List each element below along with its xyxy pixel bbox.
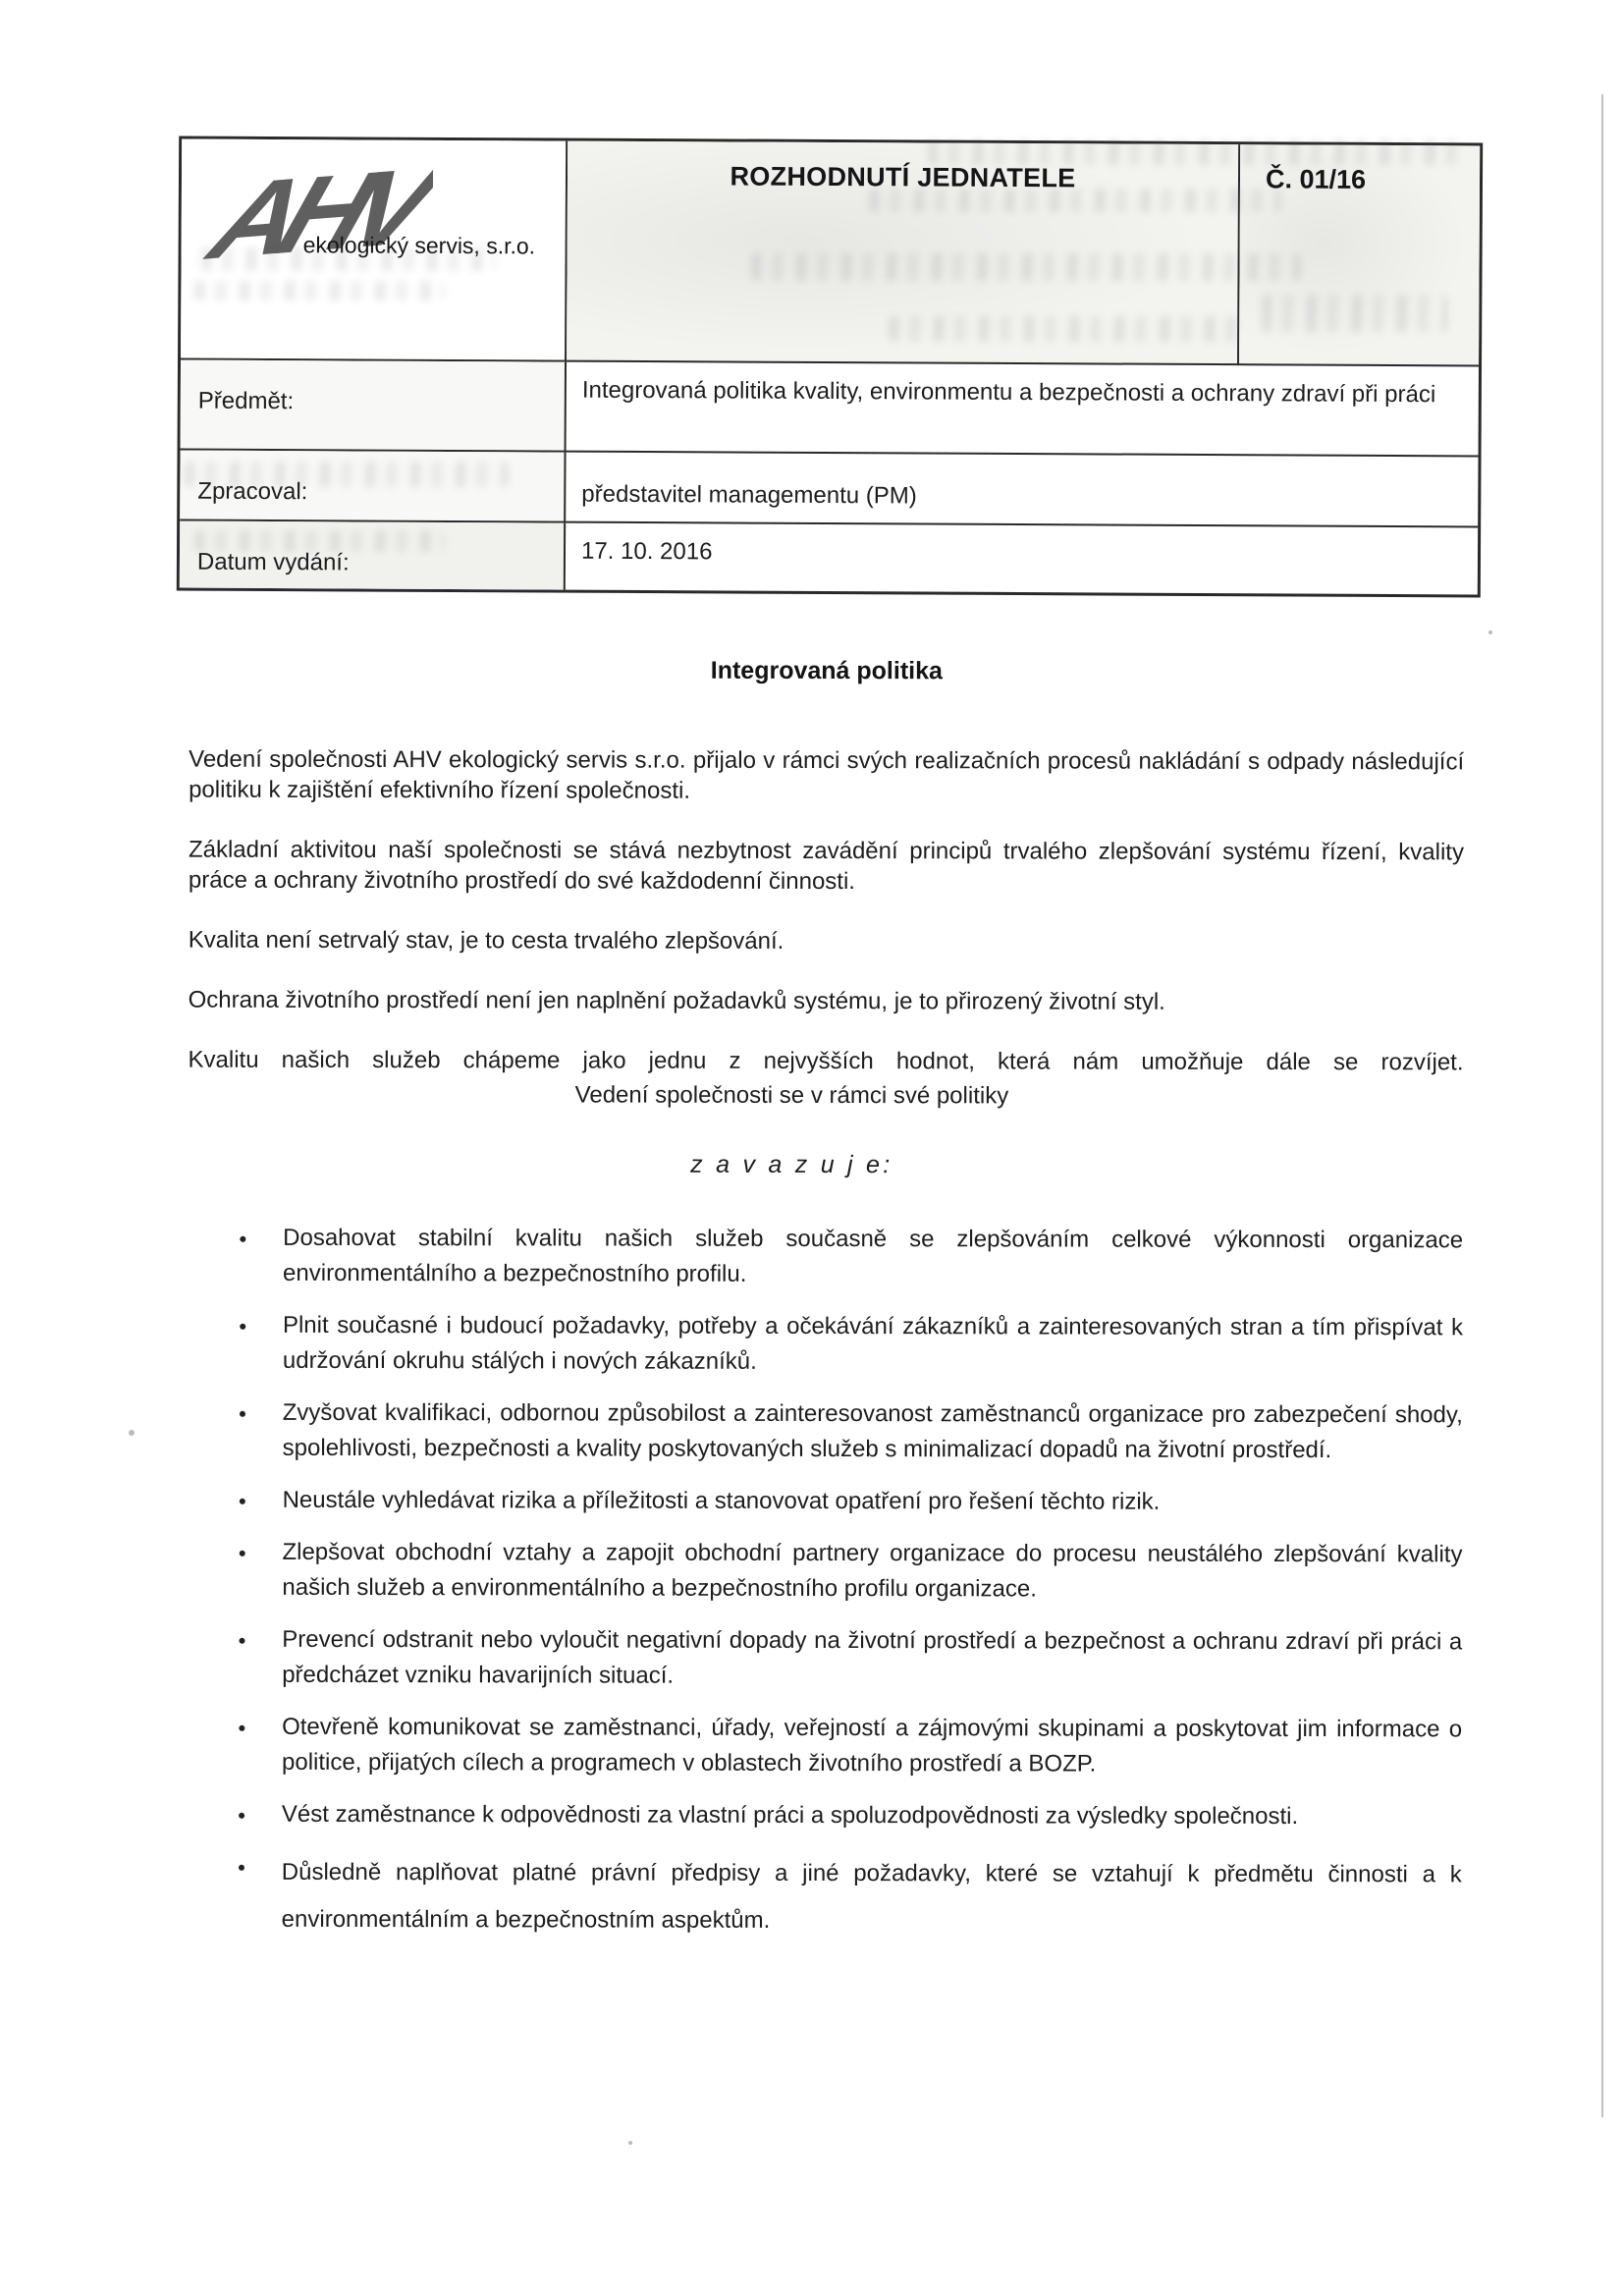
list-item: ●Otevřeně komunikovat se zaměstnanci, úř… [187,1710,1462,1783]
paragraph: Ochrana životního prostředí není jen nap… [189,985,1464,1018]
list-item: ●Zvyšovat kvalifikaci, odbornou způsobil… [188,1395,1463,1469]
list-item: ●Plnit současné i budoucí požadavky, pot… [188,1308,1463,1382]
bullet-text: Vést zaměstnance k odpovědnosti za vlast… [282,1797,1462,1835]
section-title: Integrovaná politika [189,655,1464,688]
bullet-icon: ● [239,1483,283,1518]
scan-speck [1488,630,1492,634]
bullet-text: Otevřeně komunikovat se zaměstnanci, úřa… [282,1710,1462,1783]
row-value-datum: 17. 10. 2016 [566,523,1478,595]
row-value-predmet: Integrovaná politika kvality, environmen… [567,362,1479,458]
paragraph: Kvalita není setrvalý stav, je to cesta … [189,925,1464,958]
list-item: ●Důsledně naplňovat platné právní předpi… [187,1849,1462,1946]
centered-lead-line: Vedení společnosti se v rámci své politi… [188,1079,1395,1113]
row-value-predmet-text: Integrovaná politika kvality, environmen… [582,374,1446,411]
bullet-icon: ● [239,1308,283,1379]
bullet-icon: ● [238,1622,282,1693]
list-item: ●Prevencí odstranit nebo vyloučit negati… [187,1622,1462,1696]
row-label-datum: Datum vydání: [180,521,566,590]
scanner-edge-line [1601,94,1603,2117]
row-value-zpracoval: představitel managementu (PM) [566,453,1478,528]
logo-company-name: ekologický servis, s.r.o. [303,232,536,259]
bullet-text: Zlepšovat obchodní vztahy a zapojit obch… [282,1535,1462,1609]
bullet-icon: ● [238,1849,282,1943]
policy-bullet-list: ●Dosahovat stabilní kvalitu našich služe… [187,1221,1464,1946]
scan-speck [129,1430,135,1436]
row-label-predmet: Předmět: [181,360,567,453]
bullet-text: Plnit současné i budoucí požadavky, potř… [283,1308,1463,1382]
bullet-text: Prevencí odstranit nebo vyloučit negativ… [282,1622,1462,1696]
scanned-document-page: AHV ekologický servis, s.r.o. ROZHODNUTÍ… [0,0,1623,2296]
bullet-text: Zvyšovat kvalifikaci, odbornou způsobilo… [283,1395,1463,1469]
document-body: Integrovaná politika Vedení společnosti … [187,655,1465,1963]
svg-text:AHV: AHV [193,149,433,283]
bullet-icon: ● [238,1535,282,1606]
document-title: ROZHODNUTÍ JEDNATELE [567,141,1240,366]
bullet-text: Důsledně naplňovat platné právní předpis… [282,1849,1462,1946]
document-number: Č. 01/16 [1239,144,1480,366]
list-item: ●Dosahovat stabilní kvalitu našich služe… [188,1221,1463,1294]
ahv-logo-icon: AHV [187,149,433,298]
document-header-table: AHV ekologický servis, s.r.o. ROZHODNUTÍ… [177,137,1483,598]
paragraph: Vedení společnosti AHV ekologický servis… [189,744,1464,808]
logo-cell: AHV ekologický servis, s.r.o. [181,139,568,362]
list-item: ●Zlepšovat obchodní vztahy a zapojit obc… [187,1535,1462,1609]
bullet-icon: ● [239,1221,283,1291]
bullet-text: Dosahovat stabilní kvalitu našich služeb… [283,1221,1463,1294]
paragraph: Kvalitu našich služeb chápeme jako jednu… [188,1045,1463,1078]
bullet-icon: ● [238,1797,282,1832]
scan-speck [628,2141,632,2145]
list-item: ●Neustále vyhledávat rizika a příležitos… [188,1483,1463,1521]
bullet-icon: ● [238,1710,282,1780]
bullet-text: Neustále vyhledávat rizika a příležitost… [283,1483,1463,1521]
list-item: ●Vést zaměstnance k odpovědnosti za vlas… [187,1797,1462,1835]
bullet-icon: ● [239,1395,283,1466]
pledge-line: z a v a z u j e: [188,1149,1395,1182]
row-label-zpracoval: Zpracoval: [180,451,566,523]
paragraph: Základní aktivitou naší společnosti se s… [189,835,1464,899]
